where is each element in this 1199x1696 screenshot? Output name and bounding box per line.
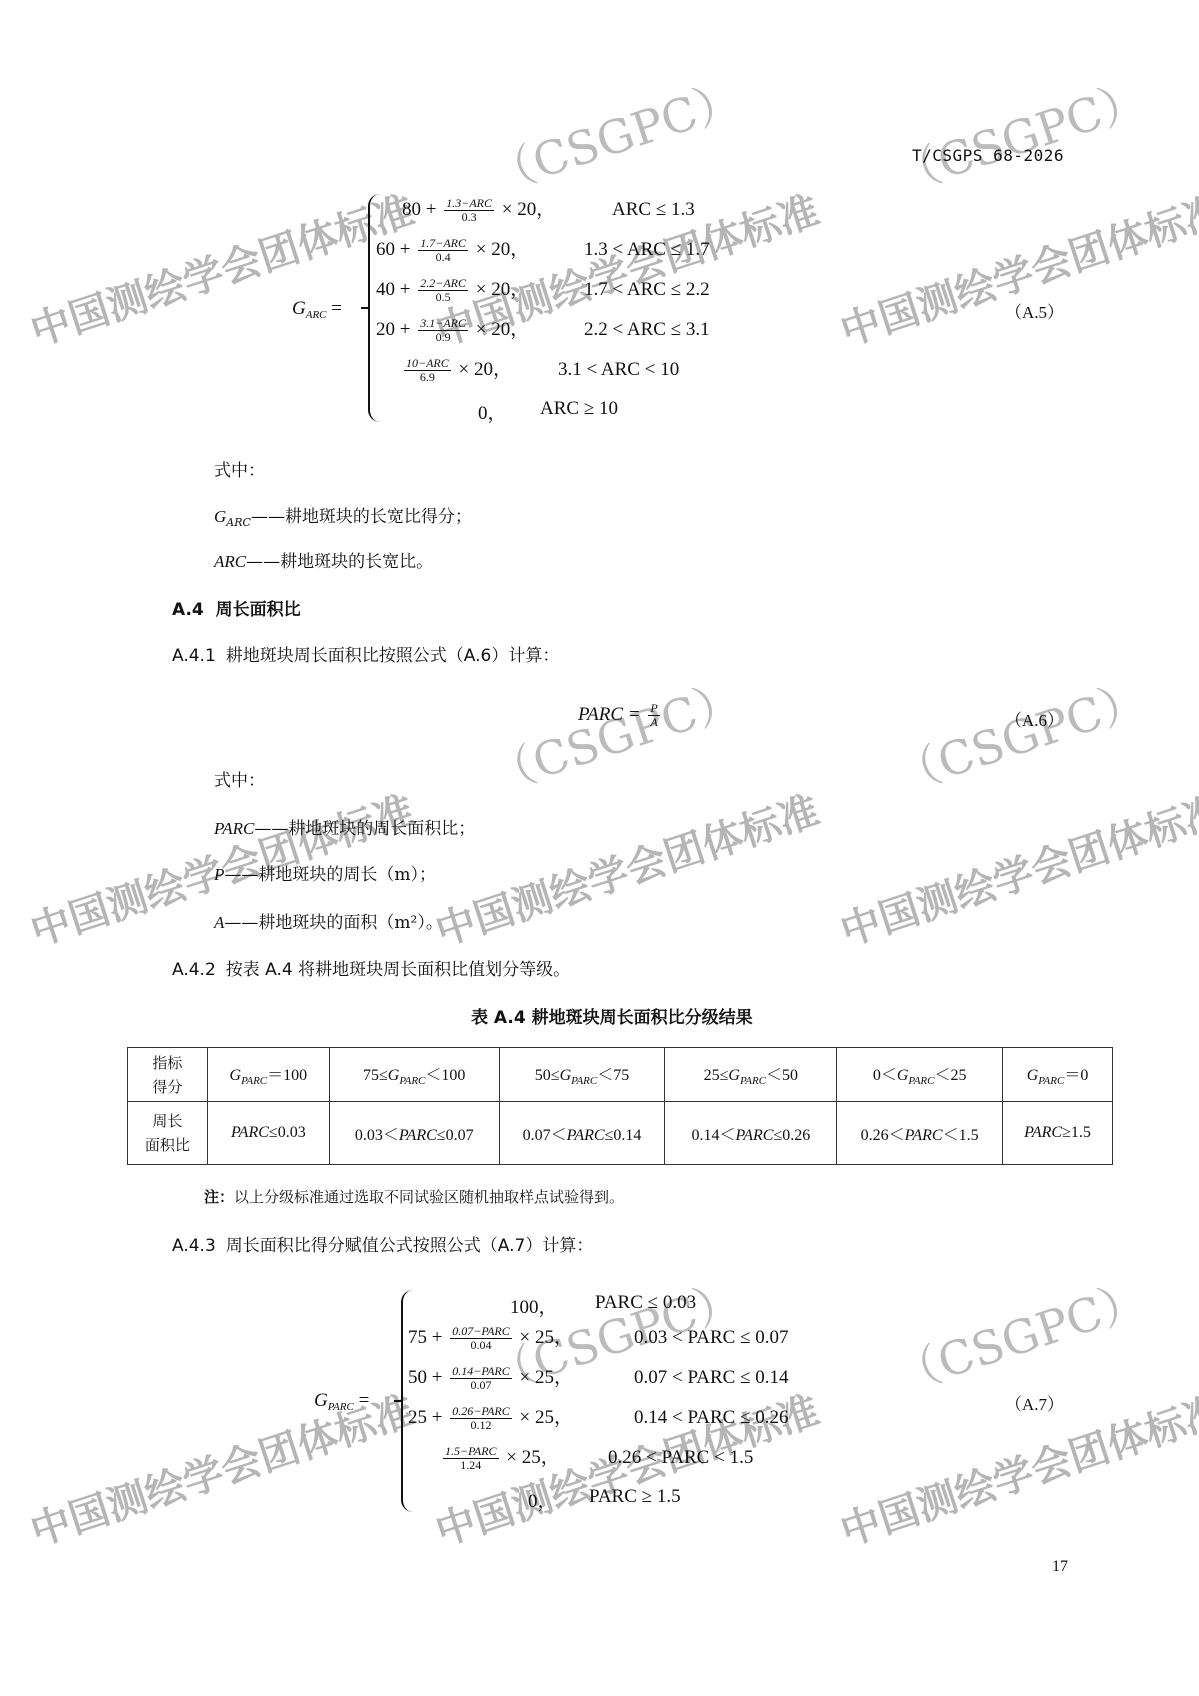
- document-id: T/CSGPS 68-2026: [912, 146, 1064, 165]
- formula-case: 20 + 3.1−ARC0.9 × 20，: [376, 314, 529, 344]
- watermark-abbr: （CSGPC）: [480, 62, 749, 206]
- table-cell: 0＜GPARC＜25: [837, 1048, 1003, 1102]
- formula-a7-brace-tip: [394, 1400, 402, 1402]
- table-row-ratio: 周长面积比 PARC≤0.03 0.03＜PARC≤0.07 0.07＜PARC…: [128, 1102, 1113, 1165]
- formula-case: 10−ARC6.9 × 20，: [401, 354, 512, 384]
- table-cell: 25≤GPARC＜50: [665, 1048, 837, 1102]
- clause-text: 按表 A.4 将耕地斑块周长面积比值划分等级。: [226, 960, 570, 980]
- section-heading-a4: A.4 周长面积比: [172, 595, 301, 620]
- formula-condition: ARC ≤ 1.3: [612, 199, 695, 221]
- table-note: 注：以上分级标准通过选取不同试验区随机抽取样点试验得到。: [204, 1186, 624, 1207]
- formula-a7-number: （A.7）: [1005, 1390, 1064, 1415]
- formula-case: 25 + 0.26−PARC0.12 × 25，: [408, 1402, 573, 1432]
- fraction: 1.7−ARC0.4: [418, 237, 468, 264]
- formula-case: 75 + 0.07−PARC0.04 × 25，: [408, 1322, 573, 1352]
- formula-a6-number: （A.6）: [1005, 706, 1064, 731]
- watermark: 中国测绘学会团体标准: [832, 779, 1199, 957]
- formula-case: 40 + 2.2−ARC0.5 × 20，: [376, 274, 529, 304]
- section-title: 周长面积比: [216, 600, 301, 620]
- fraction: 10−ARC6.9: [404, 357, 451, 384]
- formula-condition: ARC ≥ 10: [540, 398, 618, 420]
- definition-text: ——耕地斑块的周长（m）；: [224, 865, 436, 885]
- grading-table: 指标得分 GPARC＝100 75≤GPARC＜100 50≤GPARC＜75 …: [127, 1047, 1113, 1165]
- clause-number: A.4.2: [172, 960, 216, 980]
- clause-a42: A.4.2按表 A.4 将耕地斑块周长面积比值划分等级。: [172, 955, 570, 980]
- table-cell: 0.07＜PARC≤0.14: [499, 1102, 665, 1165]
- definition-text: ——耕地斑块的长宽比。: [246, 552, 433, 572]
- formula-a6: PARC = PA: [578, 702, 663, 729]
- definition-g-arc: GARC——耕地斑块的长宽比得分；: [214, 502, 472, 529]
- symbol-sub: PARC: [328, 1401, 354, 1413]
- clause-number: A.4.3: [172, 1236, 216, 1256]
- formula-condition: 0.26 < PARC < 1.5: [608, 1447, 753, 1469]
- formula-case: 60 + 1.7−ARC0.4 × 20，: [376, 234, 529, 264]
- formula-a5-brace: [368, 194, 380, 422]
- table-cell: PARC≥1.5: [1003, 1102, 1113, 1165]
- symbol-g: G: [314, 1390, 328, 1411]
- definition-text: ——耕地斑块的周长面积比；: [254, 819, 475, 839]
- clause-a41: A.4.1耕地斑块周长面积比按照公式（A.6）计算：: [172, 641, 559, 666]
- symbol-sub: ARC: [226, 516, 251, 529]
- clause-text: 周长面积比得分赋值公式按照公式（A.7）计算：: [226, 1236, 594, 1256]
- denominator: A: [650, 715, 657, 729]
- symbol-sub: ARC: [306, 309, 327, 321]
- formula-condition: 0.07 < PARC ≤ 0.14: [634, 1367, 789, 1389]
- clause-a43: A.4.3周长面积比得分赋值公式按照公式（A.7）计算：: [172, 1231, 593, 1256]
- symbol-g: G: [292, 298, 306, 319]
- symbol: A: [214, 913, 224, 932]
- definition-parc: PARC——耕地斑块的周长面积比；: [214, 814, 475, 839]
- note-text: 以上分级标准通过选取不同试验区随机抽取样点试验得到。: [234, 1188, 624, 1206]
- watermark-abbr: （CSGPC）: [885, 62, 1154, 206]
- symbol: P: [214, 865, 224, 884]
- formula-a7-lhs: GPARC =: [314, 1390, 369, 1413]
- fraction: 1.3−ARC0.3: [444, 197, 494, 224]
- clause-text: 耕地斑块周长面积比按照公式（A.6）计算：: [226, 646, 560, 666]
- formula-condition: PARC ≥ 1.5: [589, 1486, 681, 1508]
- fraction: 0.07−PARC0.04: [450, 1325, 512, 1352]
- watermark-abbr: （CSGPC）: [885, 662, 1154, 806]
- formula-case: 1.5−PARC1.24 × 25，: [440, 1442, 560, 1472]
- formula-condition: 0.03 < PARC ≤ 0.07: [634, 1327, 789, 1349]
- table-cell: 0.26＜PARC＜1.5: [837, 1102, 1003, 1165]
- where-label: 式中：: [214, 766, 265, 791]
- table-cell: GPARC＝0: [1003, 1048, 1113, 1102]
- definition-text: ——耕地斑块的面积（m²）。: [224, 913, 442, 933]
- formula-case: 80 + 1.3−ARC0.3 × 20，: [402, 194, 555, 224]
- definition-text: ——耕地斑块的长宽比得分；: [251, 507, 472, 527]
- fraction: 0.26−PARC0.12: [450, 1405, 512, 1432]
- symbol: ARC: [214, 552, 246, 571]
- formula-a5-brace-tip: [361, 307, 369, 309]
- watermark: 中国测绘学会团体标准: [427, 779, 825, 957]
- fraction: 3.1−ARC0.9: [418, 317, 468, 344]
- table-cell: GPARC＝100: [207, 1048, 329, 1102]
- where-label: 式中：: [214, 456, 265, 481]
- formula-condition: 1.3 < ARC ≤ 1.7: [584, 239, 710, 261]
- formula-a5-lhs: GARC =: [292, 298, 342, 321]
- row-label: 周长面积比: [128, 1102, 208, 1165]
- definition-arc: ARC——耕地斑块的长宽比。: [214, 547, 433, 572]
- table-cell: PARC≤0.03: [207, 1102, 329, 1165]
- watermark-abbr: （CSGPC）: [885, 1262, 1154, 1406]
- table-caption: 表 A.4 耕地斑块周长面积比分级结果: [471, 1003, 753, 1028]
- formula-condition: 1.7 < ARC ≤ 2.2: [584, 279, 710, 301]
- symbol: G: [214, 507, 226, 526]
- table-cell: 75≤GPARC＜100: [329, 1048, 499, 1102]
- row-label: 指标得分: [128, 1048, 208, 1102]
- formula-case: 50 + 0.14−PARC0.07 × 25，: [408, 1362, 573, 1392]
- formula-lhs: PARC =: [578, 704, 645, 725]
- fraction: 0.14−PARC0.07: [450, 1365, 512, 1392]
- fraction: 1.5−PARC1.24: [443, 1445, 499, 1472]
- formula-condition: 2.2 < ARC ≤ 3.1: [584, 319, 710, 341]
- formula-a5-number: （A.5）: [1005, 298, 1064, 323]
- clause-number: A.4.1: [172, 646, 216, 666]
- page-number: 17: [1052, 1558, 1068, 1576]
- section-number: A.4: [172, 600, 204, 620]
- table-cell: 50≤GPARC＜75: [499, 1048, 665, 1102]
- formula-case: 100，: [510, 1292, 558, 1319]
- formula-condition: 0.14 < PARC ≤ 0.26: [634, 1407, 789, 1429]
- formula-condition: 3.1 < ARC < 10: [558, 359, 679, 381]
- formula-condition: PARC ≤ 0.03: [595, 1292, 696, 1314]
- numerator: P: [650, 701, 657, 715]
- formula-case: 0，: [478, 398, 507, 425]
- fraction: PA: [648, 702, 659, 729]
- watermark-abbr: （CSGPC）: [480, 662, 749, 806]
- definition-a: A——耕地斑块的面积（m²）。: [214, 908, 443, 933]
- definition-p: P——耕地斑块的周长（m）；: [214, 860, 436, 885]
- symbol: PARC: [214, 819, 254, 838]
- table-cell: 0.03＜PARC≤0.07: [329, 1102, 499, 1165]
- watermark: 中国测绘学会团体标准: [22, 179, 420, 357]
- table-cell: 0.14＜PARC≤0.26: [665, 1102, 837, 1165]
- formula-case: 0，: [528, 1486, 557, 1513]
- watermark: 中国测绘学会团体标准: [832, 179, 1199, 357]
- note-label: 注：: [204, 1188, 234, 1206]
- table-row-score: 指标得分 GPARC＝100 75≤GPARC＜100 50≤GPARC＜75 …: [128, 1048, 1113, 1102]
- fraction: 2.2−ARC0.5: [418, 277, 468, 304]
